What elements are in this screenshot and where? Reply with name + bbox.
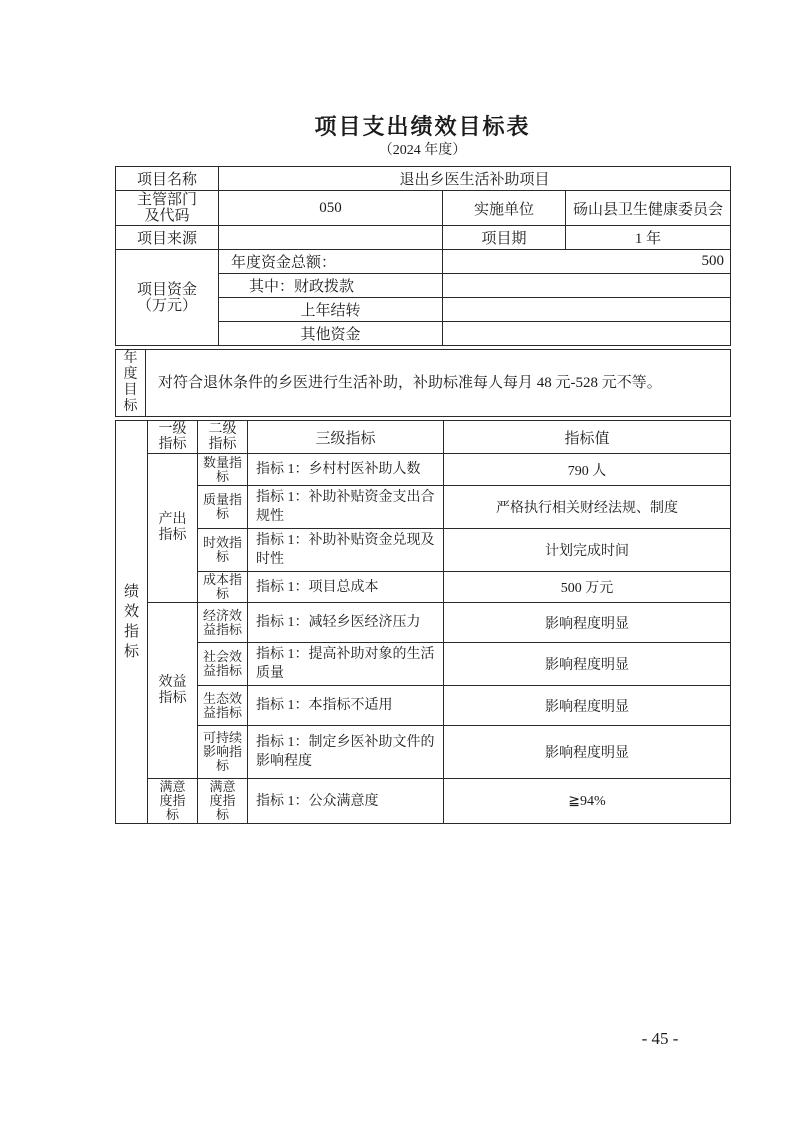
indicator-name: 指标 1：本指标不适用 (248, 686, 444, 726)
funds-label: 项目资金 （万元） (116, 250, 219, 346)
header-level2: 二级指标 (198, 421, 248, 454)
funds-carryover-label: 上年结转 (219, 298, 443, 322)
indicator-level2: 可持续影响指标 (198, 726, 248, 779)
funds-label-text: 项目资金 （万元） (120, 282, 214, 314)
indicator-level2: 成本指标 (198, 572, 248, 603)
table-row: 效益指标 经济效益指标 指标 1：减轻乡医经济压力 影响程度明显 (116, 603, 731, 643)
dept-label-text: 主管部门 及代码 (120, 192, 214, 224)
header-level1: 一级指标 (148, 421, 198, 454)
indicator-name: 指标 1：公众满意度 (248, 779, 444, 824)
table-row: 项目资金 （万元） 年度资金总额： 500 (116, 250, 731, 274)
indicator-level2: 数量指标 (198, 454, 248, 486)
page-subtitle: （2024 年度） (115, 142, 730, 160)
annual-goal-text: 对符合退休条件的乡医进行生活补助，补助标准每人每月 48 元-528 元不等。 (146, 350, 731, 417)
indicator-value: 影响程度明显 (444, 603, 731, 643)
indicator-level2: 满意 度指 标 (198, 779, 248, 824)
annual-goal-label-text: 年度目标 (124, 351, 138, 415)
dept-label: 主管部门 及代码 (116, 191, 219, 226)
table-row: 社会效益指标 指标 1：提高补助对象的生活质量 影响程度明显 (116, 643, 731, 686)
indicators-table: 绩效指标 一级指标 二级指标 三级指标 指标值 产出指标 数量指标 指标 1：乡… (115, 420, 731, 824)
table-row: 项目来源 项目期 1 年 (116, 226, 731, 250)
header-level3: 三级指标 (248, 421, 444, 454)
indicator-level2: 经济效益指标 (198, 603, 248, 643)
indicator-level2: 时效指标 (198, 529, 248, 572)
group-benefit-label: 效益指标 (148, 603, 198, 779)
indicator-name: 指标 1：项目总成本 (248, 572, 444, 603)
period-label: 项目期 (443, 226, 566, 250)
indicator-name: 指标 1：制定乡医补助文件的影响程度 (248, 726, 444, 779)
table-row: 绩效指标 一级指标 二级指标 三级指标 指标值 (116, 421, 731, 454)
page-title: 项目支出绩效目标表 (115, 114, 730, 140)
indicators-side-label: 绩效指标 (116, 421, 148, 824)
header-value: 指标值 (444, 421, 731, 454)
source-value (219, 226, 443, 250)
indicator-level2: 生态效益指标 (198, 686, 248, 726)
indicator-value: 影响程度明显 (444, 643, 731, 686)
dept-code-value: 050 (219, 191, 443, 226)
indicator-value: 影响程度明显 (444, 686, 731, 726)
indicator-name: 指标 1：减轻乡医经济压力 (248, 603, 444, 643)
indicator-name: 指标 1：提高补助对象的生活质量 (248, 643, 444, 686)
impl-unit-value: 砀山县卫生健康委员会 (566, 191, 731, 226)
funds-other-label: 其他资金 (219, 322, 443, 346)
indicator-value: ≧94% (444, 779, 731, 824)
document-page: 项目支出绩效目标表 （2024 年度） 项目名称 退出乡医生活补助项目 主管部门… (0, 0, 793, 1122)
project-name-value: 退出乡医生活补助项目 (219, 167, 731, 191)
table-row: 时效指标 指标 1：补助补贴资金兑现及时性 计划完成时间 (116, 529, 731, 572)
period-value: 1 年 (566, 226, 731, 250)
indicator-value: 严格执行相关财经法规、制度 (444, 486, 731, 529)
table-row: 生态效益指标 指标 1：本指标不适用 影响程度明显 (116, 686, 731, 726)
funds-fiscal-label: 其中：财政拨款 (219, 274, 443, 298)
indicator-level2: 社会效益指标 (198, 643, 248, 686)
funds-fiscal-value (443, 274, 731, 298)
group-satisfaction-label: 满意 度指 标 (148, 779, 198, 824)
indicator-name: 指标 1：补助补贴资金支出合规性 (248, 486, 444, 529)
table-row: 产出指标 数量指标 指标 1：乡村村医补助人数 790 人 (116, 454, 731, 486)
source-label: 项目来源 (116, 226, 219, 250)
funds-total-label: 年度资金总额： (219, 250, 443, 274)
table-row: 成本指标 指标 1：项目总成本 500 万元 (116, 572, 731, 603)
indicator-level2: 质量指标 (198, 486, 248, 529)
table-row: 年度目标 对符合退休条件的乡医进行生活补助，补助标准每人每月 48 元-528 … (116, 350, 731, 417)
annual-goal-label: 年度目标 (116, 350, 146, 417)
table-row: 可持续影响指标 指标 1：制定乡医补助文件的影响程度 影响程度明显 (116, 726, 731, 779)
document-content: 项目支出绩效目标表 （2024 年度） 项目名称 退出乡医生活补助项目 主管部门… (115, 0, 730, 824)
indicator-value: 790 人 (444, 454, 731, 486)
indicator-value: 影响程度明显 (444, 726, 731, 779)
indicator-value: 计划完成时间 (444, 529, 731, 572)
funds-carryover-value (443, 298, 731, 322)
table-row: 满意 度指 标 满意 度指 标 指标 1：公众满意度 ≧94% (116, 779, 731, 824)
indicator-name: 指标 1：乡村村医补助人数 (248, 454, 444, 486)
indicator-name: 指标 1：补助补贴资金兑现及时性 (248, 529, 444, 572)
impl-unit-label: 实施单位 (443, 191, 566, 226)
funds-total-value: 500 (443, 250, 731, 274)
table-row: 主管部门 及代码 050 实施单位 砀山县卫生健康委员会 (116, 191, 731, 226)
table-row: 项目名称 退出乡医生活补助项目 (116, 167, 731, 191)
annual-goal-table: 年度目标 对符合退休条件的乡医进行生活补助，补助标准每人每月 48 元-528 … (115, 349, 731, 417)
project-name-label: 项目名称 (116, 167, 219, 191)
funds-other-value (443, 322, 731, 346)
indicator-value: 500 万元 (444, 572, 731, 603)
group-output-label: 产出指标 (148, 454, 198, 603)
table-row: 质量指标 指标 1：补助补贴资金支出合规性 严格执行相关财经法规、制度 (116, 486, 731, 529)
indicators-side-label-text: 绩效指标 (124, 582, 139, 662)
page-number: - 45 - (625, 1029, 695, 1049)
project-info-table: 项目名称 退出乡医生活补助项目 主管部门 及代码 050 实施单位 砀山县卫生健… (115, 166, 731, 346)
